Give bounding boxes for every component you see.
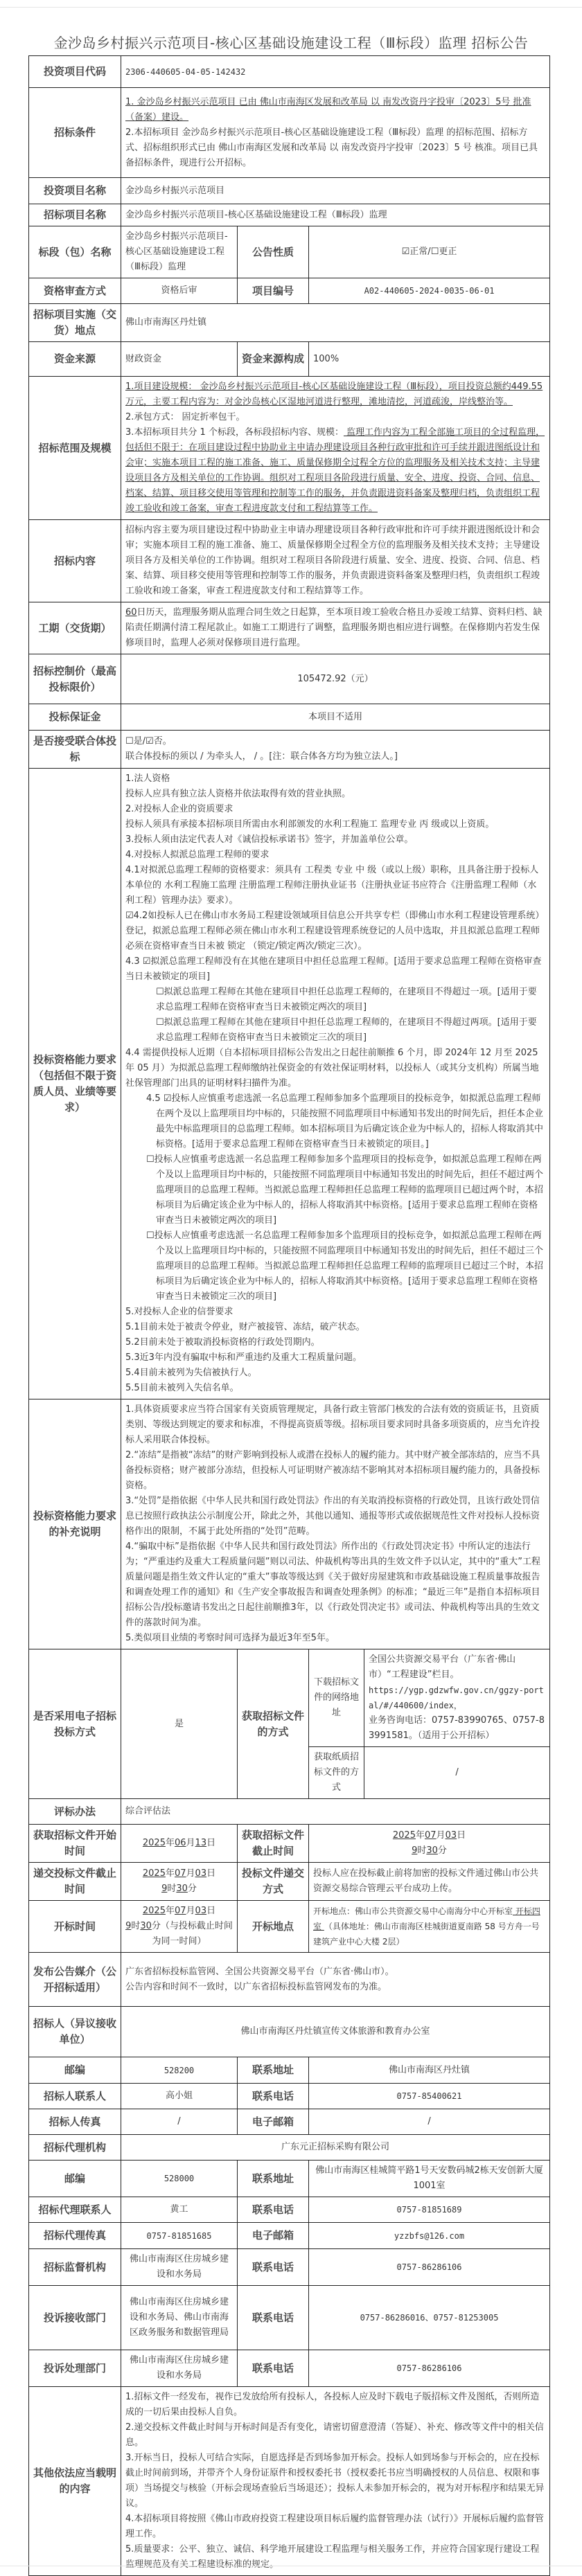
label: 投资项目名称 [29, 178, 121, 204]
req-credit: 5.3近3年内没有骗取中标和严重违约及重大工程质量问题。 [125, 1350, 545, 1366]
tender-notice-table: 投资项目代码 2306-440605-04-05-142432 招标条件 1. … [28, 55, 550, 2576]
label: 招标项目名称 [29, 204, 121, 226]
req-option: ☐投标人应慎重考虑选派一名总监理工程师参加多个监理项目的投标竞争，如拟派总监理工… [125, 1152, 545, 1228]
req-option: ☐投标人应慎重考虑选派一名总监理工程师参加多个监理项目的投标竞争，如拟派总监理工… [125, 1228, 545, 1305]
req-line: 4.1对拟派总监理工程师的资格要求：须具有 工程类 专业 中 级（或以上级）职称… [125, 863, 545, 909]
media-line: 广东省招标投标监管网、全国公共资源交易平台（广东省·佛山市）。 [125, 1965, 545, 1980]
req-credit: 5.2目前未处于被取消投标资格的行政处罚期内。 [125, 1335, 545, 1350]
row-other: 其他依法应当载明的内容 1.招标文件一经发布，视作已发放给所有投标人，各投标人应… [29, 2387, 550, 2576]
label: 联系地址 [238, 2161, 309, 2197]
label: 招标控制价（最高投标限价） [29, 654, 121, 704]
row-agency: 招标代理机构 广东元正招标采购有限公司 [29, 2135, 550, 2161]
supplement-value: 1.具体资质要求应当符合国家有关资质管理规定，具备行政主管部门核发的合法有效的资… [121, 1399, 550, 1649]
conditions-p1: 1. 金沙岛乡村振兴示范项目 已由 佛山市南海区发展和改革局 以 南发改资丹字投… [125, 95, 545, 125]
row-tenderer-fax: 招标人传真 / 电子邮箱 / [29, 2109, 550, 2135]
req-credit: 5.对投标人企业的信誉要求 [125, 1305, 545, 1320]
label: 招标条件 [29, 88, 121, 178]
complaint-receive-phone: 0757-86286016、0757-81253005 [309, 2286, 550, 2350]
label: 联系电话 [238, 2197, 309, 2223]
scope-p3-intro: 3.本招标项目共分 1 个标段，各标段招标内容、规模： [125, 427, 344, 438]
supp-line: 5.类似项目业绩的考察时间可选择为最近3年至5年。 [125, 1631, 545, 1646]
opening-place: 开标地点：佛山市公共资源交易中心南海分中心开标室 开标四室 （具体地址：佛山市南… [309, 1901, 550, 1953]
label: 投资项目代码 [29, 56, 121, 88]
label: 工期（交货期） [29, 602, 121, 654]
other-line: 1.招标文件一经发布，视作已发放给所有投标人，各投标人应及时下载电子版招标文件及… [125, 2390, 545, 2420]
label: 招标代理传真 [29, 2223, 121, 2249]
req-line: 3.投标人须由法定代表人对《诚信投标承诺书》签字，并加盖单位公章。 [125, 832, 545, 848]
label: 获取招标文件截止时间 [238, 1825, 309, 1863]
download-platform: 全国公共资源交易平台（广东省·佛山市）“工程建设”栏目。 [369, 1652, 545, 1683]
label: 开标时间 [29, 1901, 121, 1953]
label: 招标代理联系人 [29, 2197, 121, 2223]
complaint-process-value: 佛山市南海区住房城乡建设和水务局 [121, 2350, 238, 2387]
label: 资金来源 [29, 342, 121, 377]
supervision-value: 佛山市南海区住房城乡建设和水务局 [121, 2249, 238, 2286]
label: 标段（包）名称 [29, 226, 121, 278]
label: 联系电话 [238, 2350, 309, 2387]
row-evaluation: 评标办法 综合评估法 [29, 1799, 550, 1825]
conditions-value: 1. 金沙岛乡村振兴示范项目 已由 佛山市南海区发展和改革局 以 南发改资丹字投… [121, 88, 550, 178]
row-agency-fax: 招标代理传真 0757-81851685 电子邮箱 yzzbfs@126.com [29, 2223, 550, 2249]
scope-p1: 1.项目建设规模： 金沙岛乡村振兴示范项目-核心区基础设施建设工程（Ⅲ标段），项… [125, 379, 545, 410]
period-value: 60日历天，监理服务期从监理合同生效之日起算，至本项目竣工验收合格且办妥竣工结算… [121, 602, 550, 654]
label: 评标办法 [29, 1799, 121, 1825]
row-qualification: 资格审查方式 资格后审 项目编号 A02-440605-2024-0035-06… [29, 278, 550, 304]
req-line: ☑4.2如投标人已在佛山市水务局工程建设领域项目信息公开共享专栏（即佛山市水利工… [125, 909, 545, 954]
row-agency-contact: 招标代理联系人 黄工 联系电话 0757-81851689 [29, 2197, 550, 2223]
row-complaint-process: 投诉处理部门 佛山市南海区住房城乡建设和水务局 联系电话 0757-862861… [29, 2350, 550, 2387]
agency-contact: 黄工 [121, 2197, 238, 2223]
row-agency-zip: 邮编 528000 联系地址 佛山市南海区桂城简平路1号天安数码城2栋天安创新大… [29, 2161, 550, 2197]
tenderer-value: 佛山市南海区丹灶镇宣传文体旅游和教育办公室 [121, 2007, 550, 2057]
project-code-value: A02-440605-2024-0035-06-01 [309, 278, 550, 304]
requirements-value: 1.法人资格 投标人应具有独立法人资格并依法取得有效的营业执照。 2.对投标人企… [121, 769, 550, 1399]
req-line-4-4: 4.4 需提供投标人近期（自本招标项目招标公告发出之日起往前顺推 6 个月，即 … [125, 1046, 545, 1091]
label: 下载招标文件的网络地址 [309, 1649, 364, 1747]
notice-nature-checkbox: ☑正常/☐更正 [309, 226, 550, 278]
label: 招标范围及规模 [29, 377, 121, 520]
req-line: 投标人须具有承接本招标项目所需由水利部颁发的水利工程施工 监理专业 丙 级或以上… [125, 817, 545, 832]
row-tenderer-contact: 招标人联系人 高小姐 联系电话 0757-85400621 [29, 2084, 550, 2109]
row-tenderer-zip: 邮编 528200 联系地址 佛山市南海区丹灶镇 [29, 2057, 550, 2084]
row-funding: 资金来源 财政资金 资金来源构成 100% [29, 342, 550, 377]
supp-line: 2.“冻结”是指被“冻结”的财产影响到投标人或潜在投标人的履约能力。其中财产被全… [125, 1448, 545, 1494]
label: 投诉处理部门 [29, 2350, 121, 2387]
row-tenderer: 招标人（异议接收单位） 佛山市南海区丹灶镇宣传文体旅游和教育办公室 [29, 2007, 550, 2057]
other-value: 1.招标文件一经发布，视作已发放给所有投标人，各投标人应及时下载电子版招标文件及… [121, 2387, 550, 2576]
tender-name-value: 金沙岛乡村振兴示范项目-核心区基础设施建设工程（Ⅲ标段）监理 [121, 204, 550, 226]
investment-code-value: 2306-440605-04-05-142432 [121, 56, 550, 88]
req-line-4-5: 4.5 ☑投标人应慎重考虑选派一名总监理工程师参加多个监理项目的投标竞争，如拟派… [125, 1091, 545, 1152]
obtain-end-date: 2025年07月03日9时30分 [309, 1825, 550, 1863]
req-line: 2.对投标人企业的资质要求 [125, 802, 545, 817]
supp-line: 3.“处罚”是指依据《中华人民共和国行政处罚法》作出的有关取消投标资格的行政处罚… [125, 1494, 545, 1539]
media-line: 公告内容和时间不一致时，以广东省招标投标监管网发布的为准。 [125, 1980, 545, 1995]
tenderer-email: / [309, 2109, 550, 2135]
label: 投标文件递交方式 [238, 1863, 309, 1901]
scope-p2: 2.承包方式： 固定折率包干。 [125, 410, 545, 425]
supp-line: 1.具体资质要求应当符合国家有关资质管理规定，具备行政主管部门核发的合法有效的资… [125, 1402, 545, 1448]
period-days: 60 [125, 607, 137, 618]
agency-email-link[interactable]: yzzbfs@126.com [309, 2223, 550, 2249]
label: 联系电话 [238, 2286, 309, 2350]
req-credit: 5.5目前未被列入失信名单。 [125, 1381, 545, 1396]
consortium-checkbox: ☐是/☑否。 [125, 734, 545, 749]
row-consortium: 是否接受联合体投标 ☐是/☑否。 联合体投标的须以 / 为牵头人， / 。[注：… [29, 731, 550, 769]
label: 资格审查方式 [29, 278, 121, 304]
label: 联系电话 [238, 2249, 309, 2286]
investment-name-value: 金沙岛乡村振兴示范项目 [121, 178, 550, 204]
complaint-process-phone: 0757-86286106 [309, 2350, 550, 2387]
label: 电子邮箱 [238, 2223, 309, 2249]
opening-time: 2025年07月03日9时30分（与投标截止时间为同一时间） [121, 1901, 238, 1953]
label: 是否采用电子招标投标方式 [29, 1649, 121, 1799]
label: 邮编 [29, 2161, 121, 2197]
agency-fax: 0757-81851685 [121, 2223, 238, 2249]
bond-value: 本项目不适用 [121, 704, 550, 731]
tenderer-zip: 528200 [121, 2057, 238, 2084]
agency-phone: 0757-81851689 [309, 2197, 550, 2223]
row-requirements: 投标资格能力要求（包括但不限于资质人员、业绩等要求） 1.法人资格 投标人应具有… [29, 769, 550, 1399]
label: 其他依法应当载明的内容 [29, 2387, 121, 2576]
download-url-link[interactable]: https://ygp.gdzwfw.gov.cn/ggzy-portal/#/… [369, 1683, 545, 1713]
scope-value: 1.项目建设规模： 金沙岛乡村振兴示范项目-核心区基础设施建设工程（Ⅲ标段），项… [121, 377, 550, 520]
req-option: ☐拟派总监理工程师在其他在建项目中担任总监理工程师的，在建项目不得超过两项。[适… [125, 1015, 545, 1046]
label: 发布公告媒介（公开招标适用） [29, 1953, 121, 2007]
label: 公告性质 [238, 226, 309, 278]
label: 投标保证金 [29, 704, 121, 731]
row-section-name: 标段（包）名称 金沙岛乡村振兴示范项目-核心区基础设施建设工程（Ⅲ标段）监理 公… [29, 226, 550, 278]
period-text: 日历天，监理服务期从监理合同生效之日起算，至本项目竣工验收合格且办妥竣工结算、资… [125, 607, 543, 648]
label: 获取招标文件开始时间 [29, 1825, 121, 1863]
tenderer-phone: 0757-85400621 [309, 2084, 550, 2109]
req-line: 1.法人资格 [125, 771, 545, 787]
row-investment-code: 投资项目代码 2306-440605-04-05-142432 [29, 56, 550, 88]
row-investment-name: 投资项目名称 金沙岛乡村振兴示范项目 [29, 178, 550, 204]
consortium-value: ☐是/☑否。 联合体投标的须以 / 为牵头人， / 。[注：联合体各方均为独立法… [121, 731, 550, 769]
submit-method-value: 投标人应在投标截止前将加密的投标文件通过佛山市公共资源交易综合管理云平台成功上传… [309, 1863, 550, 1901]
evaluation-value: 综合评估法 [121, 1799, 550, 1825]
download-info: 全国公共资源交易平台（广东省·佛山市）“工程建设”栏目。 https://ygp… [364, 1649, 550, 1747]
req-line: 4.3 ☑拟派总监理工程师没有在其他在建项目中担任总监理工程师。[适用于要求总监… [125, 954, 545, 985]
label: 联系地址 [238, 2057, 309, 2084]
label: 资金来源构成 [238, 342, 309, 377]
row-media: 发布公告媒介（公开招标适用） 广东省招标投标监管网、全国公共资源交易平台（广东省… [29, 1953, 550, 2007]
label: 电子邮箱 [238, 2109, 309, 2135]
submit-deadline: 2025年07月03日9时30分 [121, 1863, 238, 1901]
row-location: 招标项目实施（交货）地点 佛山市南海区丹灶镇 [29, 304, 550, 342]
label: 邮编 [29, 2057, 121, 2084]
tenderer-contact: 高小姐 [121, 2084, 238, 2109]
row-electronic: 是否采用电子招标投标方式 是 获取招标文件的方式 下载招标文件的网络地址 全国公… [29, 1649, 550, 1747]
label: 联系电话 [238, 2084, 309, 2109]
control-price-value: 105472.92（元） [121, 654, 550, 704]
supp-line: 4.“骗取中标”是指依据《中华人民共和国行政处罚法》所作出的《行政处罚决定书》中… [125, 1539, 545, 1631]
label: 投诉接收部门 [29, 2286, 121, 2350]
label: 招标内容 [29, 520, 121, 602]
row-obtain-time: 获取招标文件开始时间 2025年06月13日 获取招标文件截止时间 2025年0… [29, 1825, 550, 1863]
other-line: 4.本招标项目将按照《佛山市政府投资工程建设项目标后履约监督管理办法（试行）》开… [125, 2512, 545, 2542]
tenderer-fax: / [121, 2109, 238, 2135]
req-line: 投标人应具有独立法人资格并依法取得有效的营业执照。 [125, 787, 545, 802]
row-scope: 招标范围及规模 1.项目建设规模： 金沙岛乡村振兴示范项目-核心区基础设施建设工… [29, 377, 550, 520]
other-line: 5.质量要求：公平、独立、诚信、科学地开展建设工程监理与相关服务工作，并应符合国… [125, 2542, 545, 2573]
label: 项目编号 [238, 278, 309, 304]
row-content: 招标内容 招标内容主要为项目建设过程中协助业主申请办理建设项目各种行政审批和许可… [29, 520, 550, 602]
media-value: 广东省招标投标监管网、全国公共资源交易平台（广东省·佛山市）。 公告内容和时间不… [121, 1953, 550, 2007]
supervision-phone: 0757-86286106 [309, 2249, 550, 2286]
funding-composition-value: 100% [309, 342, 550, 377]
label: 递交投标文件截止时间 [29, 1863, 121, 1901]
other-line: 2.递交投标文件截止时间与开标时间是否有变化，请密切留意澄清（答疑）、补充、修改… [125, 2420, 545, 2451]
qualification-value: 资格后审 [121, 278, 238, 304]
paper-value: / [364, 1747, 550, 1799]
tenderer-address: 佛山市南海区丹灶镇 [309, 2057, 550, 2084]
row-submit: 递交投标文件截止时间 2025年07月03日9时30分 投标文件递交方式 投标人… [29, 1863, 550, 1901]
req-credit: 5.1目前未处于被责令停业，财产被接管、冻结，破产状态。 [125, 1320, 545, 1335]
label: 招标项目实施（交货）地点 [29, 304, 121, 342]
label: 招标监督机构 [29, 2249, 121, 2286]
label: 投标资格能力要求（包括但不限于资质人员、业绩等要求） [29, 769, 121, 1399]
row-period: 工期（交货期） 60日历天，监理服务期从监理合同生效之日起算，至本项目竣工验收合… [29, 602, 550, 654]
complaint-receive-value: 佛山市南海区住房城乡建设和水务局、佛山市南海区政务服务和数据管理局 [121, 2286, 238, 2350]
agency-address: 佛山市南海区桂城简平路1号天安数码城2栋天安创新大厦1001室 [309, 2161, 550, 2197]
conditions-p2: 2.本招标项目 金沙岛乡村振兴示范项目-核心区基础设施建设工程（Ⅲ标段）监理 的… [125, 125, 545, 171]
row-supervision: 招标监督机构 佛山市南海区住房城乡建设和水务局 联系电话 0757-862861… [29, 2249, 550, 2286]
label: 招标人联系人 [29, 2084, 121, 2109]
label: 招标人传真 [29, 2109, 121, 2135]
agency-value: 广东元正招标采购有限公司 [121, 2135, 550, 2161]
row-conditions: 招标条件 1. 金沙岛乡村振兴示范项目 已由 佛山市南海区发展和改革局 以 南发… [29, 88, 550, 178]
label: 获取招标文件的方式 [238, 1649, 309, 1799]
row-tender-name: 招标项目名称 金沙岛乡村振兴示范项目-核心区基础设施建设工程（Ⅲ标段）监理 [29, 204, 550, 226]
req-line: 4.对投标人拟派总监理工程师的要求 [125, 848, 545, 863]
scope-p3-detail: 监理工作内容为工程全部施工项目的全过程监理，包括但不限于：在项目建设过程中协助业… [125, 427, 545, 514]
row-opening: 开标时间 2025年07月03日9时30分（与投标截止时间为同一时间） 开标地点… [29, 1901, 550, 1953]
label: 是否接受联合体投标 [29, 731, 121, 769]
section-name-value: 金沙岛乡村振兴示范项目-核心区基础设施建设工程（Ⅲ标段）监理 [121, 226, 238, 278]
bottom-divider [0, 2566, 582, 2566]
label: 开标地点 [238, 1901, 309, 1953]
row-complaint-receive: 投诉接收部门 佛山市南海区住房城乡建设和水务局、佛山市南海区政务服务和数据管理局… [29, 2286, 550, 2350]
download-phone: 业务咨询电话：0757-83990765、0757-83991581。（适用于公… [369, 1713, 545, 1744]
req-option: ☐拟派总监理工程师在其他在建项目中担任总监理工程师的，在建项目不得超过一项。[适… [125, 985, 545, 1015]
content-value: 招标内容主要为项目建设过程中协助业主申请办理建设项目各种行政审批和许可手续并跟进… [121, 520, 550, 602]
row-supplement: 投标资格能力要求的补充说明 1.具体资质要求应当符合国家有关资质管理规定，具备行… [29, 1399, 550, 1649]
agency-zip: 528000 [121, 2161, 238, 2197]
obtain-start-date: 2025年06月13日 [121, 1825, 238, 1863]
label: 获取纸质招标文件的方式 [309, 1747, 364, 1799]
label: 招标人（异议接收单位） [29, 2007, 121, 2057]
row-control-price: 招标控制价（最高投标限价） 105472.92（元） [29, 654, 550, 704]
location-value: 佛山市南海区丹灶镇 [121, 304, 550, 342]
row-bond: 投标保证金 本项目不适用 [29, 704, 550, 731]
label: 投标资格能力要求的补充说明 [29, 1399, 121, 1649]
funding-value: 财政资金 [121, 342, 238, 377]
page-title: 金沙岛乡村振兴示范项目-核心区基础设施建设工程（Ⅲ标段）监理 招标公告 [0, 32, 582, 52]
label: 招标代理机构 [29, 2135, 121, 2161]
other-line: 3.开标当日，投标人可结合实际，自愿选择是否到场参加开标会。投标人如到场参与开标… [125, 2451, 545, 2512]
consortium-note: 联合体投标的须以 / 为牵头人， / 。[注：联合体各方均为独立法人。] [125, 749, 545, 764]
electronic-value: 是 [121, 1649, 238, 1799]
top-divider [0, 7, 582, 8]
req-credit: 5.4目前未被列为失信被执行人。 [125, 1366, 545, 1381]
